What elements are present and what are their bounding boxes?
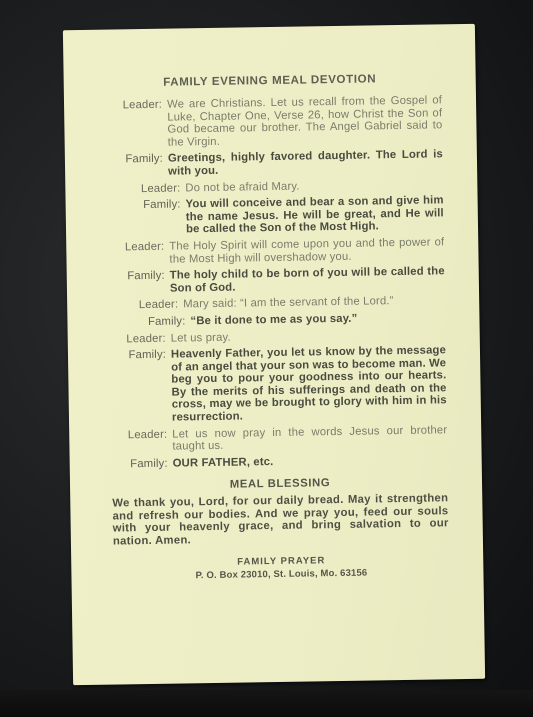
dialogue-line: Family: Heavenly Father, you let us know… — [110, 344, 447, 425]
dialogue-line: Leader: Let us pray. — [110, 328, 446, 346]
speaker-label: Leader: — [109, 299, 183, 313]
dialogue-body: Leader: We are Christians. Let us recall… — [106, 94, 450, 584]
prayer-card: FAMILY EVENING MEAL DEVOTION Leader: We … — [63, 24, 485, 685]
speaker-label: Family: — [107, 153, 168, 179]
line-text: The Holy Spirit will come upon you and t… — [169, 236, 444, 266]
line-text: “Be it done to me as you say.” — [190, 311, 445, 328]
dialogue-line: Family: You will conceive and bear a son… — [108, 194, 445, 237]
dialogue-line: Leader: Let us now pray in the words Jes… — [111, 424, 447, 454]
speaker-label: Family: — [109, 270, 170, 296]
line-text: The holy child to be born of you will be… — [170, 265, 445, 295]
speaker-label: Leader: — [111, 428, 172, 454]
line-text: We are Christians. Let us recall from th… — [167, 94, 443, 149]
speaker-label: Family: — [108, 199, 187, 238]
dialogue-line: Leader: We are Christians. Let us recall… — [106, 94, 443, 150]
dialogue-line: Family: “Be it done to me as you say.” — [109, 311, 445, 329]
speaker-label: Leader: — [107, 182, 185, 196]
line-text: Greetings, highly favored daughter. The … — [168, 149, 443, 179]
blessing-text: We thank you, Lord, for our daily bread.… — [112, 492, 449, 548]
dialogue-line: Family: The holy child to be born of you… — [109, 265, 445, 295]
dialogue-line: Leader: The Holy Spirit will come upon y… — [108, 236, 444, 266]
background-shelf — [0, 690, 533, 717]
line-text: Let us pray. — [171, 328, 446, 345]
dialogue-line: Leader: Mary said: “I am the servant of … — [109, 295, 445, 313]
blessing-heading: MEAL BLESSING — [112, 476, 448, 494]
line-text: Do not be afraid Mary. — [185, 178, 443, 195]
card-title: FAMILY EVENING MEAL DEVOTION — [64, 72, 476, 91]
line-text: Heavenly Father, you let us know by the … — [171, 344, 447, 424]
speaker-label: Leader: — [106, 99, 168, 150]
line-text: Let us now pray in the words Jesus our b… — [172, 424, 447, 454]
publisher-footer: FAMILY PRAYER P. O. Box 23010, St. Louis… — [113, 553, 449, 584]
line-text: You will conceive and bear a son and giv… — [186, 194, 445, 236]
dialogue-line: Family: OUR FATHER, etc. — [112, 453, 448, 471]
speaker-label: Family: — [112, 457, 173, 471]
line-text: Mary said: “I am the servant of the Lord… — [183, 295, 445, 312]
speaker-label: Family: — [109, 315, 190, 329]
dialogue-line: Family: Greetings, highly favored daught… — [107, 149, 443, 179]
speaker-label: Leader: — [108, 241, 169, 267]
speaker-label: Leader: — [110, 332, 171, 346]
line-text: OUR FATHER, etc. — [173, 453, 448, 470]
speaker-label: Family: — [110, 349, 172, 426]
dialogue-line: Leader: Do not be afraid Mary. — [107, 178, 443, 196]
